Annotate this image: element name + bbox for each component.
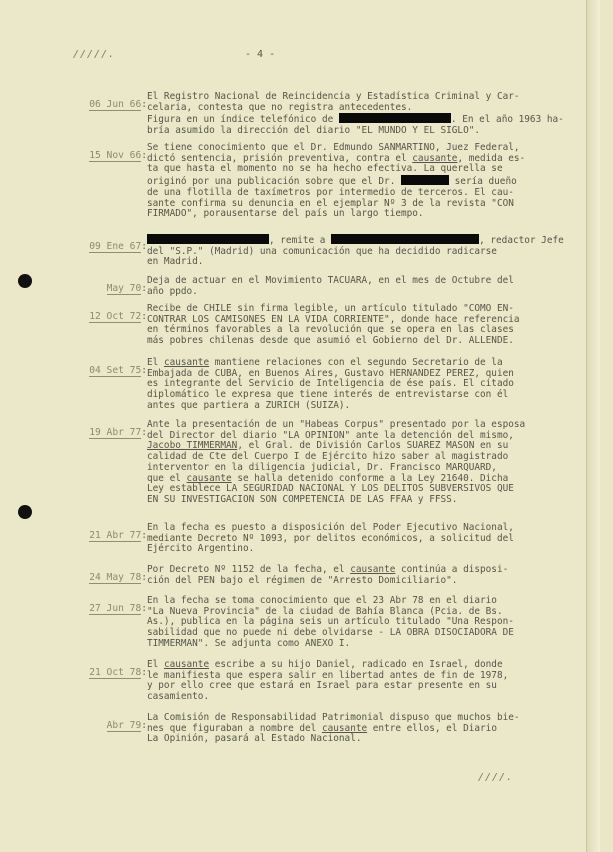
entry-date: Abr 79: xyxy=(62,713,147,725)
entry-date: 21 Oct 78: xyxy=(62,660,147,672)
entry-text: El Registro Nacional de Reincidencia y E… xyxy=(147,92,577,137)
entry-line: y por ello cree que estará en Israel par… xyxy=(147,681,577,692)
punch-hole-top xyxy=(18,274,32,288)
entry-line: bría asumido la dirección del diario "EL… xyxy=(147,126,577,137)
entry-line: ta que hasta el momento no se ha hecho e… xyxy=(147,164,577,175)
entry-date: 21 Abr 77: xyxy=(62,523,147,535)
header-continuation-marks: /////. xyxy=(73,49,115,60)
entry-date-text: 19 Abr 77 xyxy=(89,427,141,439)
entry-text: , remite a , redactor Jefedel "S.P." (Ma… xyxy=(147,234,577,268)
page-edge-shadow xyxy=(586,0,600,852)
entry-date-text: Abr 79 xyxy=(107,720,142,732)
entry-date: 12 Oct 72: xyxy=(62,304,147,316)
entry-date-text: 09 Ene 67 xyxy=(89,241,141,253)
entry-line: originó por una publicación sobre que el… xyxy=(147,175,577,188)
entry-date-text: 21 Oct 78 xyxy=(89,667,141,679)
entry-text: El causante escribe a su hijo Daniel, ra… xyxy=(147,660,577,703)
entry-text: Recibe de CHILE sin firma legible, un ar… xyxy=(147,304,577,347)
entry-line: FIRMADO", porausentarse del país un larg… xyxy=(147,209,577,220)
entry-text: Ante la presentación de un "Habeas Corpu… xyxy=(147,420,577,506)
entry-line: TIMMERMAN". Se adjunta como ANEXO I. xyxy=(147,639,577,650)
entry-line: en Madrid. xyxy=(147,257,577,268)
entry-date: May 70: xyxy=(62,276,147,288)
entry-line: Deja de actuar en el Movimiento TACUARA,… xyxy=(147,276,577,287)
entry-date-text: 27 Jun 78 xyxy=(89,603,141,615)
entry-date: 04 Set 75: xyxy=(62,358,147,370)
entry-line: casamiento. xyxy=(147,692,577,703)
entry-text: Deja de actuar en el Movimiento TACUARA,… xyxy=(147,276,577,297)
entry-line: La Opinión, pasará al Estado Nacional. xyxy=(147,734,577,745)
entry-date: 24 May 78: xyxy=(62,565,147,577)
document-page: /////. - 4 - 06 Jun 66:El Registro Nacio… xyxy=(0,0,600,852)
entry-line: Ejército Argentino. xyxy=(147,544,577,555)
redaction-bar xyxy=(339,113,451,123)
entry-line: año ppdo. xyxy=(147,287,577,298)
entry-date: 27 Jun 78: xyxy=(62,596,147,608)
page-number: - 4 - xyxy=(245,49,275,60)
entry-line: del "S.P." (Madrid) una comunicación que… xyxy=(147,247,577,258)
entry-date-text: 06 Jun 66 xyxy=(89,99,141,111)
redaction-bar xyxy=(147,234,269,244)
entry-date-text: 15 Nov 66 xyxy=(89,150,141,162)
entry-date-text: 12 Oct 72 xyxy=(89,311,141,323)
entry-line: más pobres chilenas desde que asumió el … xyxy=(147,336,577,347)
entry-date: 15 Nov 66: xyxy=(62,143,147,155)
punch-hole-bottom xyxy=(18,505,32,519)
entry-line: ción del PEN bajo el régimen de "Arresto… xyxy=(147,576,577,587)
entry-line: antes que partiera a ZURICH (SUIZA). xyxy=(147,401,577,412)
entry-date-text: May 70 xyxy=(107,283,142,295)
entry-text: Se tiene conocimiento que el Dr. Edmundo… xyxy=(147,143,577,220)
footer-continuation-marks: ////. xyxy=(478,772,513,783)
entry-line: celaria, contesta que no registra antece… xyxy=(147,103,577,114)
entry-date-text: 24 May 78 xyxy=(89,572,141,584)
entry-line: , remite a , redactor Jefe xyxy=(147,234,577,247)
entry-date: 09 Ene 67: xyxy=(62,234,147,246)
entry-text: El causante mantiene relaciones con el s… xyxy=(147,358,577,412)
entry-text: La Comisión de Responsabilidad Patrimoni… xyxy=(147,713,577,745)
entry-text: En la fecha es puesto a disposición del … xyxy=(147,523,577,555)
entry-date: 06 Jun 66: xyxy=(62,92,147,104)
entry-date-text: 21 Abr 77 xyxy=(89,530,141,542)
entry-line: EN SU INVESTIGACION SON COMPETENCIA DE L… xyxy=(147,495,577,506)
redaction-bar xyxy=(331,234,479,244)
entry-text: En la fecha se toma conocimiento que el … xyxy=(147,596,577,650)
entry-date: 19 Abr 77: xyxy=(62,420,147,432)
entry-text: Por Decreto Nº 1152 de la fecha, el caus… xyxy=(147,565,577,586)
entry-line: de una flotilla de taxímetros por interm… xyxy=(147,188,577,199)
redaction-bar xyxy=(401,175,449,185)
entry-date-text: 04 Set 75 xyxy=(89,365,141,377)
